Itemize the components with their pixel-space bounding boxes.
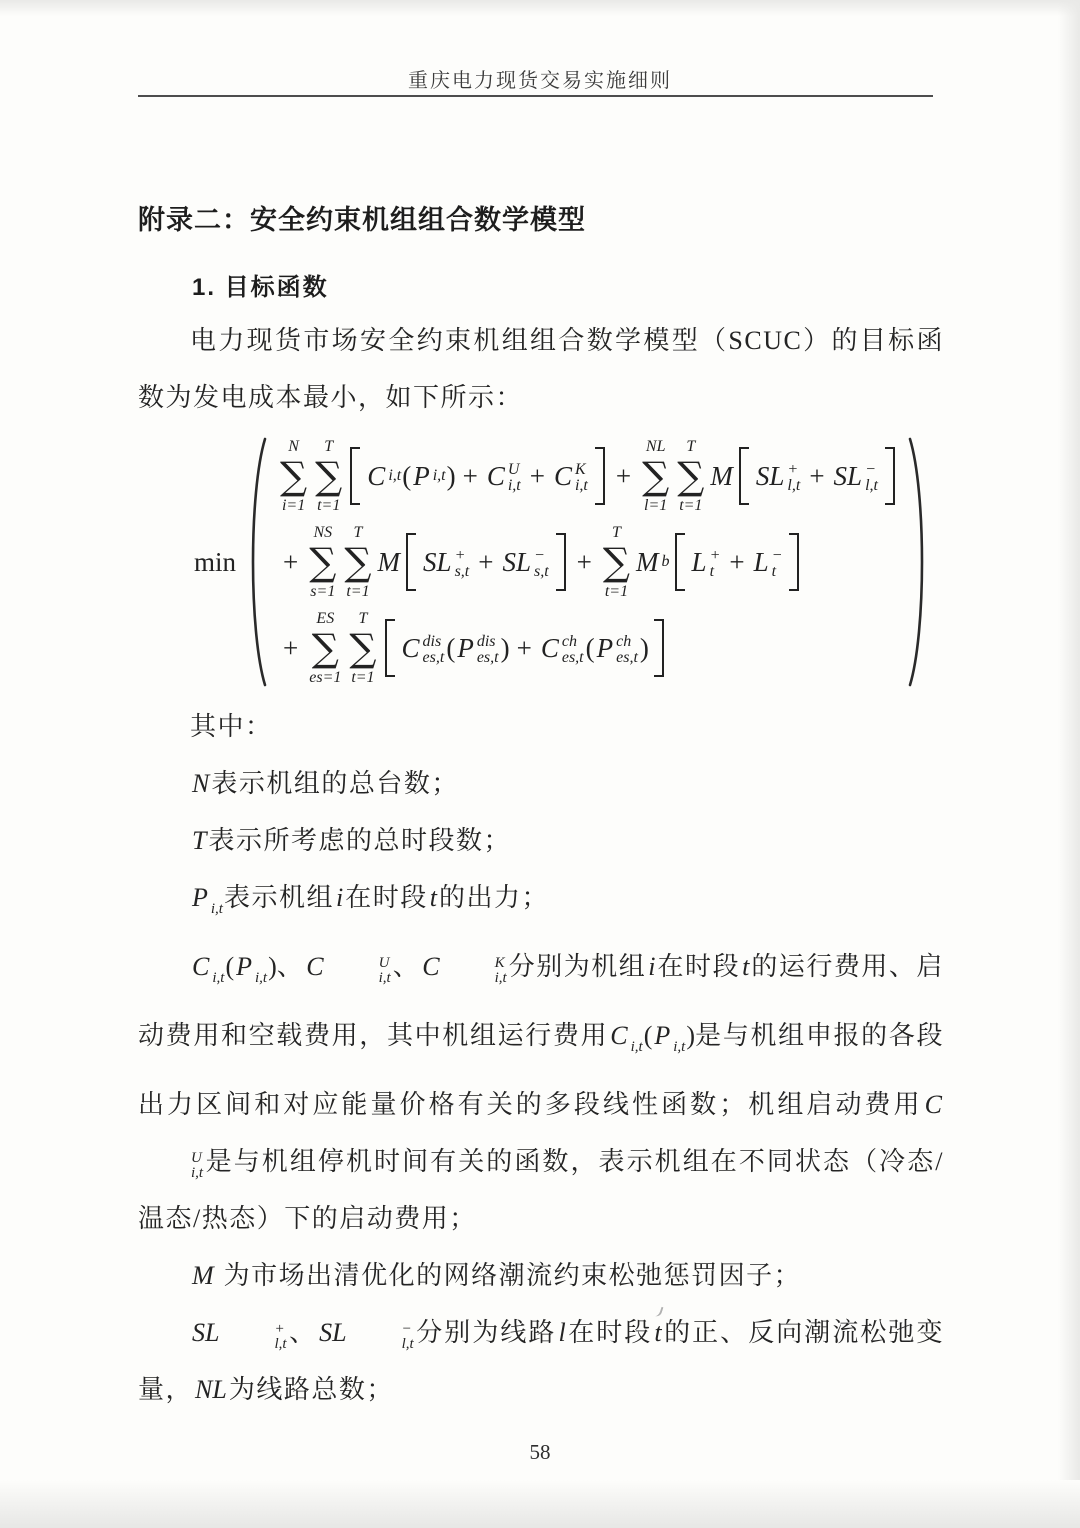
subscript: i,t: [212, 970, 224, 986]
scripts: −l,t: [350, 1322, 414, 1352]
scripts: Ui,t: [139, 1151, 203, 1181]
superscript: +: [787, 462, 798, 478]
var: NL: [195, 1375, 227, 1404]
superscript: +: [455, 548, 466, 564]
scripts: +s,t: [455, 548, 470, 580]
var: C: [367, 461, 385, 492]
paren: (: [586, 633, 595, 664]
scripts: ches,t: [562, 634, 584, 666]
formula-row-2: + NS∑s=1 T∑t=1 M SL+s,t + SL−s,t + T∑t=1…: [276, 523, 899, 601]
var: C: [306, 952, 323, 981]
paren: (: [225, 952, 234, 981]
scripts: Ui,t: [508, 462, 521, 494]
scripts: dises,t: [423, 634, 445, 666]
plus-operator: +: [283, 633, 298, 664]
var: C: [925, 1090, 942, 1119]
subscript: i,t: [575, 478, 588, 494]
penalty-factor: M: [710, 461, 733, 492]
formula-rows: N∑i=1 T∑t=1 Ci,t(Pi,t) + CUi,t + CKi,t +…: [276, 437, 899, 687]
right-bracket: [885, 447, 895, 505]
left-paren-big: [244, 436, 268, 688]
var: N: [192, 769, 209, 798]
superscript: K: [575, 462, 586, 478]
var: P: [457, 633, 474, 664]
subscript: b: [662, 553, 670, 571]
def-text: 表示机组: [224, 883, 334, 912]
subscript: i,t: [508, 478, 521, 494]
subscript: es,t: [616, 650, 638, 666]
sum-lower: t=1: [351, 668, 374, 687]
sigma-icon: ∑: [642, 456, 669, 496]
scripts: ches,t: [616, 634, 638, 666]
subscript: i,t: [139, 1166, 203, 1181]
page-number: 58: [0, 1440, 1080, 1465]
bracket-storage-costs: Cdises,t ( Pdises,t ) + Cches,t ( Pches,…: [385, 619, 664, 677]
var: L: [692, 547, 707, 578]
right-bracket: [556, 533, 566, 591]
where-label: 其中：: [138, 698, 944, 755]
scripts: +l,t: [787, 462, 800, 494]
right-bracket: [595, 447, 605, 505]
subscript: t: [710, 564, 714, 580]
sum-lower: l=1: [644, 496, 667, 515]
sigma-icon: ∑: [677, 456, 704, 496]
scripts: −l,t: [865, 462, 878, 494]
def-text: 为市场出清优化的网络潮流约束松弛惩罚因子；: [224, 1261, 802, 1290]
superscript: K: [443, 956, 505, 971]
plus-operator: +: [809, 461, 824, 492]
superscript: ch: [562, 634, 577, 650]
subscript: es,t: [477, 650, 499, 666]
var: SL: [319, 1318, 346, 1347]
subscript: i,t: [673, 1039, 685, 1055]
sigma-icon: ∑: [309, 542, 336, 582]
subscript: s,t: [534, 564, 549, 580]
definition-SL: SL+l,t、SL−l,t分别为线路l在时段t的正、反向潮流松弛变量，NL为线路…: [138, 1304, 944, 1418]
plus-operator: +: [478, 547, 493, 578]
var: C: [610, 1021, 627, 1050]
var: t: [654, 1318, 661, 1347]
paren: ): [501, 633, 510, 664]
bracket-line-slack: SL+l,t + SL−l,t: [739, 447, 895, 505]
superscript: −: [772, 548, 783, 564]
punct: 、: [277, 952, 305, 981]
var: C: [487, 461, 505, 492]
var: L: [754, 547, 769, 578]
def-text: 分别为机组: [509, 952, 647, 981]
sigma-icon: ∑: [312, 628, 339, 668]
appendix-title: 附录二：安全约束机组组合数学模型: [138, 198, 944, 237]
paren: (: [644, 1021, 653, 1050]
superscript: −: [350, 1322, 412, 1337]
scripts: Ki,t: [443, 956, 507, 986]
plus-operator: +: [729, 547, 744, 578]
def-text: 是与机组停机时间有关的函数，表示机组在不同状态（冷态/温态/热态）下的启动费用；: [138, 1147, 944, 1233]
paren: ): [640, 633, 649, 664]
superscript: −: [865, 462, 876, 478]
subscript: es,t: [562, 650, 584, 666]
sigma-icon: ∑: [315, 456, 342, 496]
var: M: [192, 1261, 214, 1290]
sum-lower: es=1: [309, 668, 341, 687]
var: i: [336, 883, 343, 912]
plus-operator: +: [463, 461, 478, 492]
subscript: l,t: [222, 1337, 286, 1352]
scan-edge-top: [0, 0, 1080, 16]
subscript: i,t: [255, 970, 267, 986]
var: SL: [502, 547, 531, 578]
left-bracket: [675, 533, 685, 591]
plus-operator: +: [577, 547, 592, 578]
superscript: +: [222, 1322, 284, 1337]
formula-row-1: N∑i=1 T∑t=1 Ci,t(Pi,t) + CUi,t + CKi,t +…: [276, 437, 899, 515]
var: P: [413, 461, 430, 492]
def-text: 表示机组的总台数；: [211, 769, 459, 798]
var: T: [192, 826, 206, 855]
running-header-title: 重庆电力现货交易实施细则: [0, 64, 1080, 93]
section-heading: 1. 目标函数: [192, 267, 944, 302]
sigma-icon: ∑: [349, 628, 376, 668]
scripts: Ki,t: [575, 462, 588, 494]
subscript: es,t: [423, 650, 445, 666]
header-rule: [138, 95, 933, 97]
sum-over-lines: NL∑l=1: [642, 437, 669, 515]
sum-over-time: T∑t=1: [349, 609, 376, 687]
subscript: i,t: [211, 901, 223, 917]
var: C: [402, 633, 420, 664]
min-operator: min: [194, 547, 236, 578]
def-text: 在时段: [658, 952, 741, 981]
subscript: s,t: [455, 564, 470, 580]
scripts: dises,t: [477, 634, 499, 666]
document-page: 重庆电力现货交易实施细则 附录二：安全约束机组组合数学模型 1. 目标函数 电力…: [0, 0, 1080, 1528]
var: C: [422, 952, 439, 981]
sum-lower: t=1: [317, 496, 340, 515]
var: SL: [756, 461, 785, 492]
var: SL: [192, 1318, 219, 1347]
penalty-factor: M: [378, 547, 401, 578]
sigma-icon: ∑: [603, 542, 630, 582]
page-body: 附录二：安全约束机组组合数学模型 1. 目标函数 电力现货市场安全约束机组组合数…: [138, 198, 944, 1418]
var: t: [430, 883, 437, 912]
def-text: 为线路总数；: [229, 1375, 394, 1404]
paren: ): [447, 461, 456, 492]
scripts: +l,t: [222, 1322, 286, 1352]
superscript: −: [534, 548, 545, 564]
definition-T: T表示所考虑的总时段数；: [138, 812, 944, 869]
sum-over-units: N∑i=1: [280, 437, 307, 515]
objective-function-formula: min N∑i=1 T∑t=1 Ci,t(Pi,t) + CUi,t + CKi…: [194, 436, 944, 688]
superscript: +: [710, 548, 721, 564]
punct: 、: [289, 1318, 318, 1347]
punct: 、: [393, 952, 421, 981]
sum-lower: s=1: [310, 582, 335, 601]
var: P: [192, 883, 208, 912]
definition-M: M 为市场出清优化的网络潮流约束松弛惩罚因子；: [138, 1247, 944, 1304]
var: t: [742, 952, 749, 981]
superscript: dis: [477, 634, 496, 650]
paren: ): [268, 952, 277, 981]
var: C: [554, 461, 572, 492]
bracket-section-slack: SL+s,t + SL−s,t: [406, 533, 566, 591]
sum-lower: t=1: [346, 582, 369, 601]
paren: (: [446, 633, 455, 664]
sum-over-time: T∑t=1: [315, 437, 342, 515]
definition-C: Ci,t(Pi,t)、CUi,t、CKi,t分别为机组i在时段t的运行费用、启动…: [138, 938, 944, 1247]
subscript: i,t: [433, 467, 446, 485]
plus-operator: +: [616, 461, 631, 492]
definition-N: N表示机组的总台数；: [138, 755, 944, 812]
var: l: [558, 1318, 565, 1347]
sum-over-sections: NS∑s=1: [309, 523, 336, 601]
subscript: l,t: [350, 1337, 414, 1352]
var: SL: [423, 547, 452, 578]
subscript: i,t: [388, 467, 401, 485]
def-text: 的出力；: [439, 883, 549, 912]
paren: (: [402, 461, 411, 492]
left-bracket: [739, 447, 749, 505]
var: P: [654, 1021, 670, 1050]
sigma-icon: ∑: [280, 456, 307, 496]
bracket-balance-slack: L+t + L−t: [675, 533, 800, 591]
var: SL: [834, 461, 863, 492]
sum-over-storage: ES∑es=1: [309, 609, 341, 687]
right-paren-big: [907, 436, 931, 688]
subscript: i,t: [443, 971, 507, 986]
paren: ): [686, 1021, 695, 1050]
plus-operator: +: [283, 547, 298, 578]
subscript: t: [772, 564, 776, 580]
balance-penalty-factor: M: [636, 547, 659, 578]
sum-over-time: T∑t=1: [344, 523, 371, 601]
left-bracket: [350, 447, 360, 505]
right-bracket: [654, 619, 664, 677]
sum-lower: t=1: [679, 496, 702, 515]
plus-operator: +: [517, 633, 532, 664]
subscript: l,t: [865, 478, 878, 494]
subscript: i,t: [631, 1039, 643, 1055]
sigma-icon: ∑: [344, 542, 371, 582]
plus-operator: +: [530, 461, 545, 492]
superscript: dis: [423, 634, 442, 650]
superscript: U: [327, 956, 390, 971]
left-bracket: [385, 619, 395, 677]
scripts: +t: [710, 548, 721, 580]
bracket-unit-costs: Ci,t(Pi,t) + CUi,t + CKi,t: [350, 447, 605, 505]
sum-lower: i=1: [282, 496, 305, 515]
superscript: ch: [616, 634, 631, 650]
var: P: [236, 952, 252, 981]
sum-lower: t=1: [605, 582, 628, 601]
def-text: 在时段: [345, 883, 428, 912]
sum-over-time: T∑t=1: [603, 523, 630, 601]
def-text: 表示所考虑的总时段数；: [208, 826, 511, 855]
var: i: [648, 952, 655, 981]
definition-P: Pi,t表示机组i在时段t的出力；: [138, 869, 944, 938]
var: P: [597, 633, 614, 664]
def-text: 分别为线路: [416, 1318, 557, 1347]
sum-over-time: T∑t=1: [677, 437, 704, 515]
def-text: 在时段: [568, 1318, 653, 1347]
scan-edge-right: [1058, 0, 1080, 1528]
subscript: i,t: [327, 971, 391, 986]
subscript: l,t: [787, 478, 800, 494]
right-bracket: [789, 533, 799, 591]
var: C: [192, 952, 209, 981]
scripts: −t: [772, 548, 783, 580]
superscript: U: [139, 1151, 202, 1166]
scripts: Ui,t: [327, 956, 391, 986]
scripts: −s,t: [534, 548, 549, 580]
left-bracket: [406, 533, 416, 591]
intro-paragraph: 电力现货市场安全约束机组组合数学模型（SCUC）的目标函数为发电成本最小，如下所…: [138, 312, 944, 426]
scan-edge-bottom: [0, 1480, 1080, 1528]
var: C: [541, 633, 559, 664]
formula-row-3: + ES∑es=1 T∑t=1 Cdises,t ( Pdises,t ) + …: [276, 609, 899, 687]
superscript: U: [508, 462, 520, 478]
